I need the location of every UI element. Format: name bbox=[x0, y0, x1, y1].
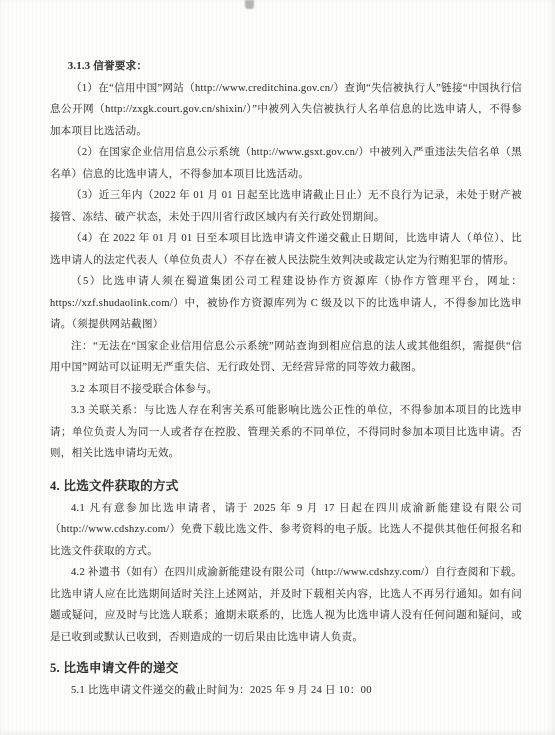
section-5-heading: 5. 比选申请文件的递交 bbox=[50, 656, 522, 680]
clause-3-1-3-item-4: （4）在 2022 年 01 月 01 日至本项目比选申请文件递交截止日期间，比… bbox=[50, 228, 522, 271]
clause-3-1-3-note: 注：“无法在“国家企业信用信息公示系统”网站查询到相应信息的法人或其他组织，需提… bbox=[50, 336, 522, 379]
document-page: 3.1.3 信誉要求： （1）在“信用中国”网站（http://www.cred… bbox=[0, 0, 555, 735]
clause-3-1-3-item-1: （1）在“信用中国”网站（http://www.creditchina.gov.… bbox=[50, 78, 522, 143]
clause-3-3: 3.3 关联关系：与比选人存在利害关系可能影响比选公正性的单位，不得参加本项目的… bbox=[50, 400, 522, 465]
clause-3-1-3-heading: 3.1.3 信誉要求： bbox=[50, 56, 522, 78]
clause-3-1-3-item-3: （3）近三年内（2022 年 01 月 01 日起至比选申请截止日止）无不良行为… bbox=[50, 185, 522, 228]
clause-3-1-3-item-5: （5）比选申请人须在蜀道集团公司工程建设协作方资源库（协作方管理平台，网址：ht… bbox=[50, 271, 522, 336]
clause-3-1-3-item-2: （2）在国家企业信用信息公示系统（http://www.gsxt.gov.cn/… bbox=[50, 142, 522, 185]
clause-3-2: 3.2 本项目不接受联合体参与。 bbox=[50, 379, 522, 401]
clause-4-2: 4.2 补遗书（如有）在四川成渝新能建设有限公司（http://www.cdsh… bbox=[50, 562, 522, 648]
scan-smudge-mark bbox=[245, 0, 254, 9]
section-4-heading: 4. 比选文件获取的方式 bbox=[50, 474, 522, 498]
clause-5-1: 5.1 比选申请文件递交的截止时间为：2025 年 9 月 24 日 10：00 bbox=[50, 680, 522, 702]
clause-4-1: 4.1 凡有意参加比选申请者，请于 2025 年 9 月 17 日起在四川成渝新… bbox=[50, 498, 522, 563]
